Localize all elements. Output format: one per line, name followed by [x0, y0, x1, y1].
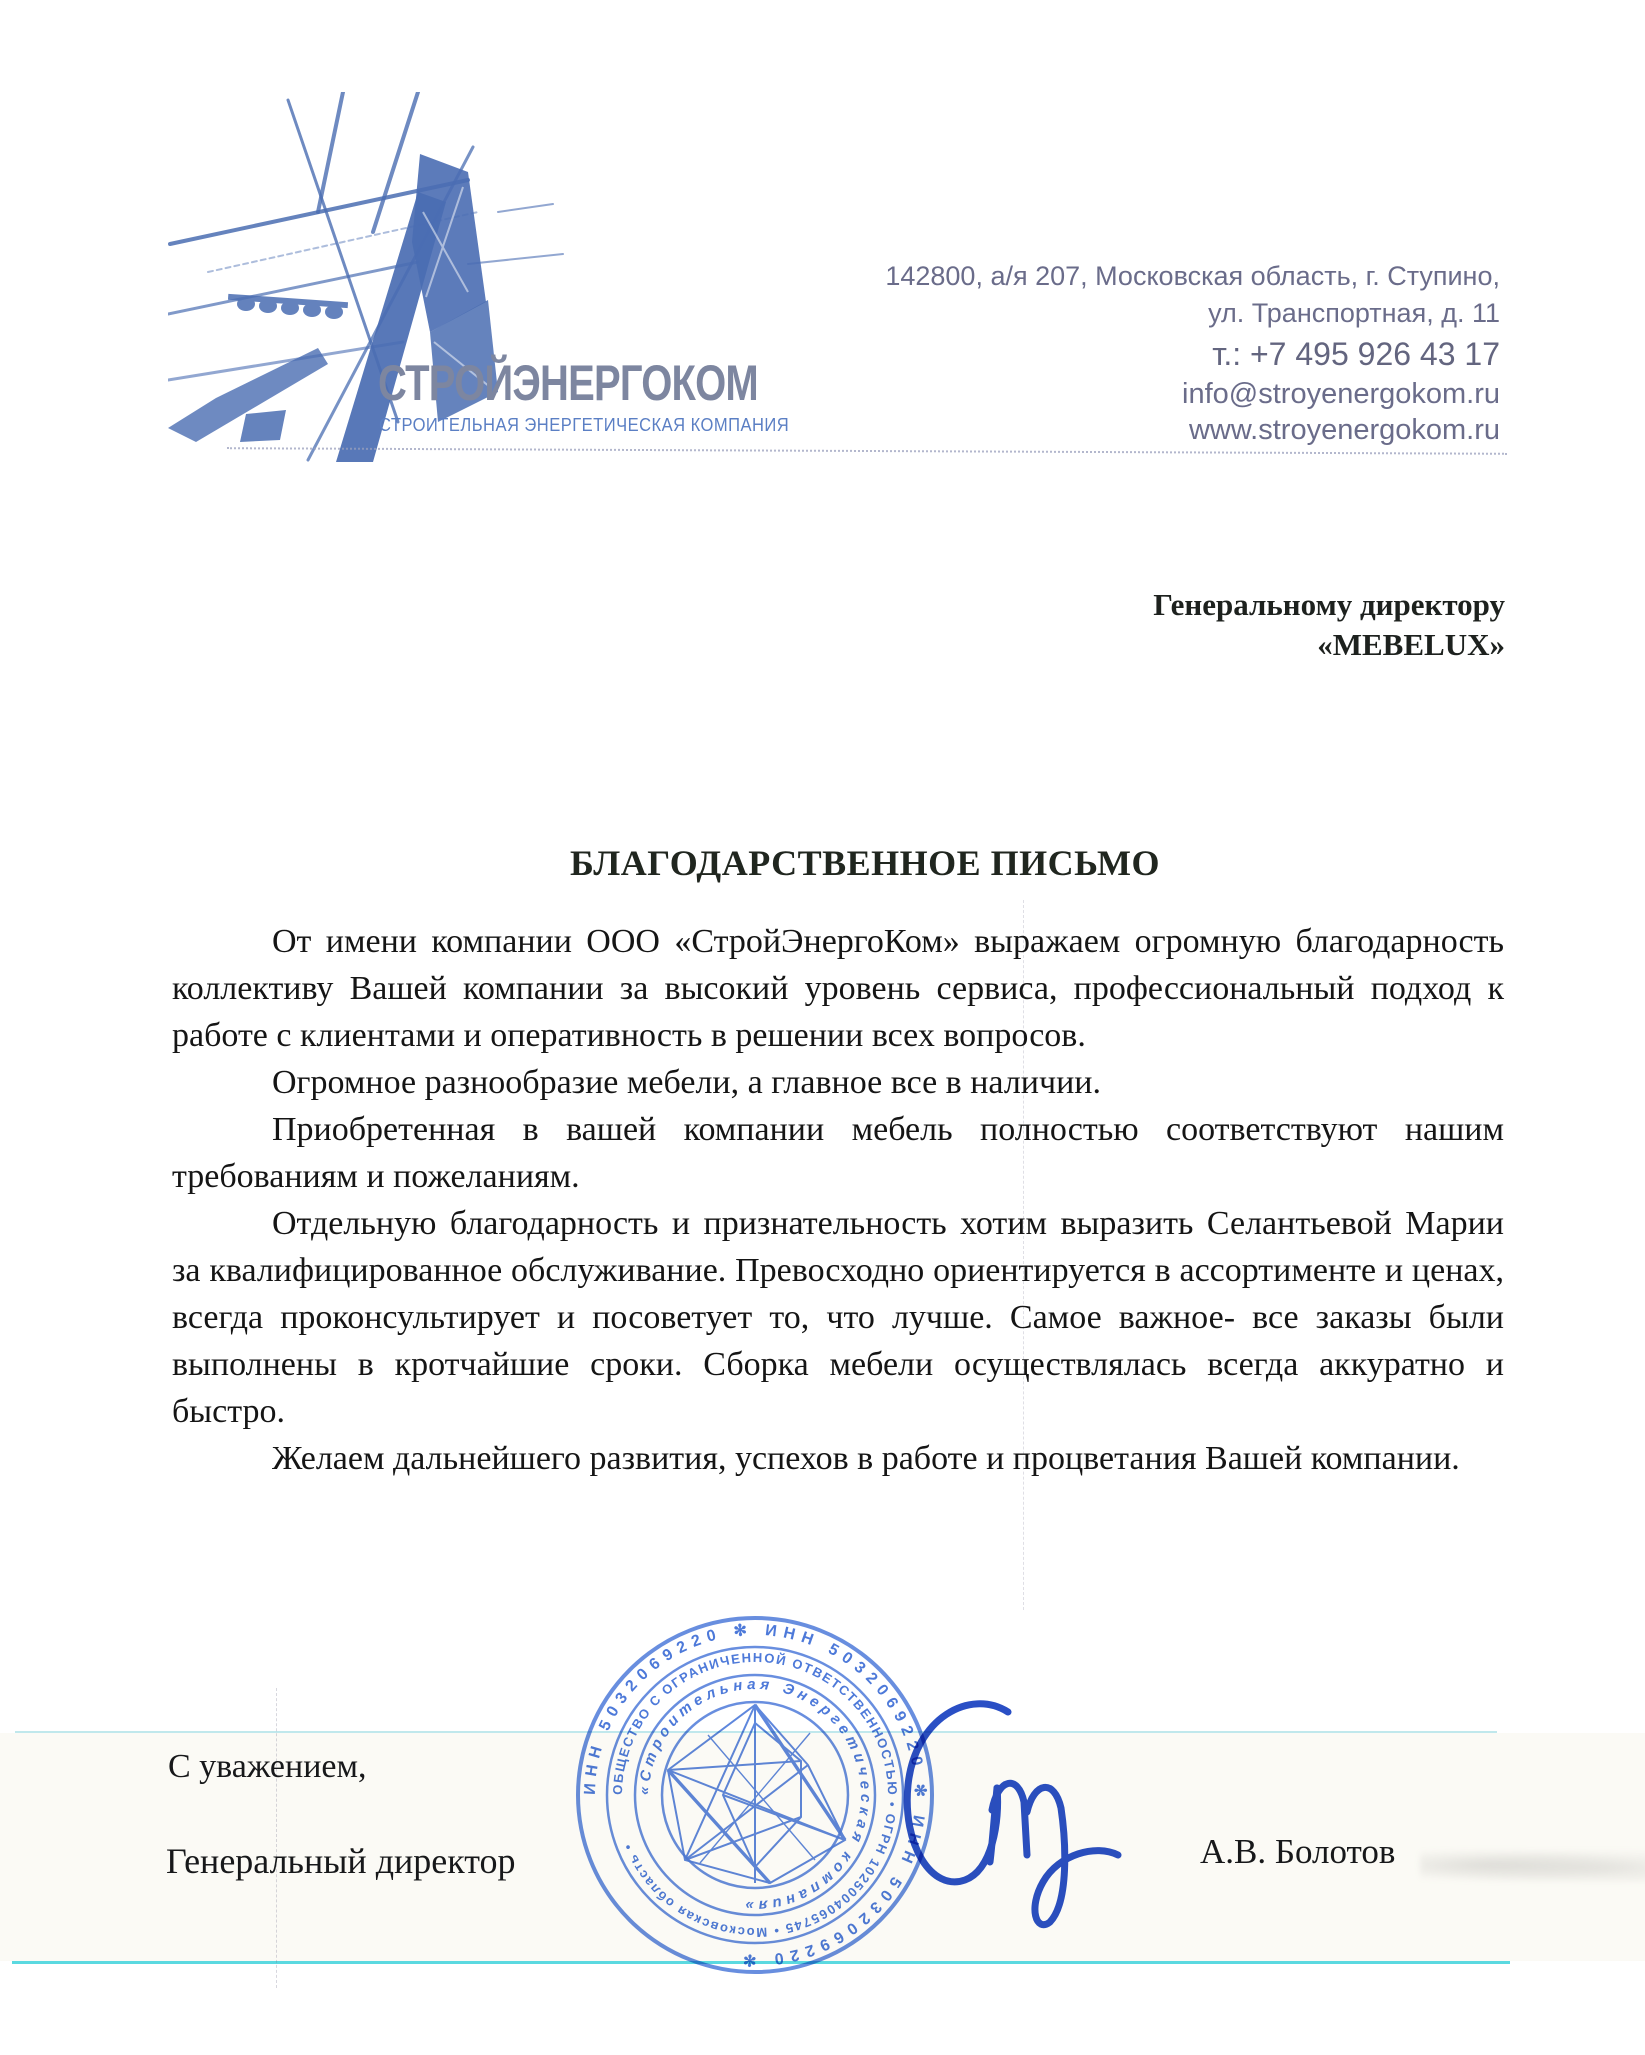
paragraph-4: Отдельную благодарность и признательност… — [172, 1200, 1504, 1435]
phone-number: т.: +7 495 926 43 17 — [885, 332, 1500, 376]
contact-block: 142800, а/я 207, Московская область, г. … — [885, 258, 1500, 448]
stamp-center-pattern — [668, 1705, 845, 1883]
ink-smudge — [1420, 1848, 1645, 1882]
paragraph-2: Огромное разнообразие мебели, а главное … — [172, 1059, 1504, 1106]
letter-title: БЛАГОДАРСТВЕННОЕ ПИСЬМО — [150, 842, 1550, 884]
closing-regards: С уважением, — [168, 1748, 367, 1786]
paragraph-1: От имени компании ООО «СтройЭнергоКом» в… — [172, 918, 1504, 1059]
director-signature — [840, 1650, 1220, 1950]
letter-page: СТРОЙЭНЕРГОКОМ СТРОИТЕЛЬНАЯ ЭНЕРГЕТИЧЕСК… — [0, 0, 1645, 2055]
company-tagline: СТРОИТЕЛЬНАЯ ЭНЕРГЕТИЧЕСКАЯ КОМПАНИЯ — [379, 414, 789, 436]
recipient-line-1: Генеральному директору — [1153, 585, 1505, 625]
signer-name: А.В. Болотов — [1200, 1832, 1395, 1872]
email-address: info@stroyenergokom.ru — [885, 376, 1500, 412]
website-url: www.stroyenergokom.ru — [885, 412, 1500, 448]
company-logotype: СТРОЙЭНЕРГОКОМ — [378, 358, 758, 408]
paragraph-3: Приобретенная в вашей компании мебель по… — [172, 1106, 1504, 1200]
address-line-2: ул. Транспортная, д. 11 — [885, 295, 1500, 332]
letter-body: От имени компании ООО «СтройЭнергоКом» в… — [172, 918, 1504, 1482]
address-line-1: 142800, а/я 207, Московская область, г. … — [885, 258, 1500, 295]
recipient-block: Генеральному директору «MEBELUX» — [1153, 585, 1505, 665]
signer-position: Генеральный директор — [166, 1840, 516, 1882]
fold-crease-left — [276, 1688, 277, 1988]
paragraph-5: Желаем дальнейшего развития, успехов в р… — [172, 1435, 1504, 1482]
recipient-line-2: «MEBELUX» — [1153, 625, 1505, 665]
